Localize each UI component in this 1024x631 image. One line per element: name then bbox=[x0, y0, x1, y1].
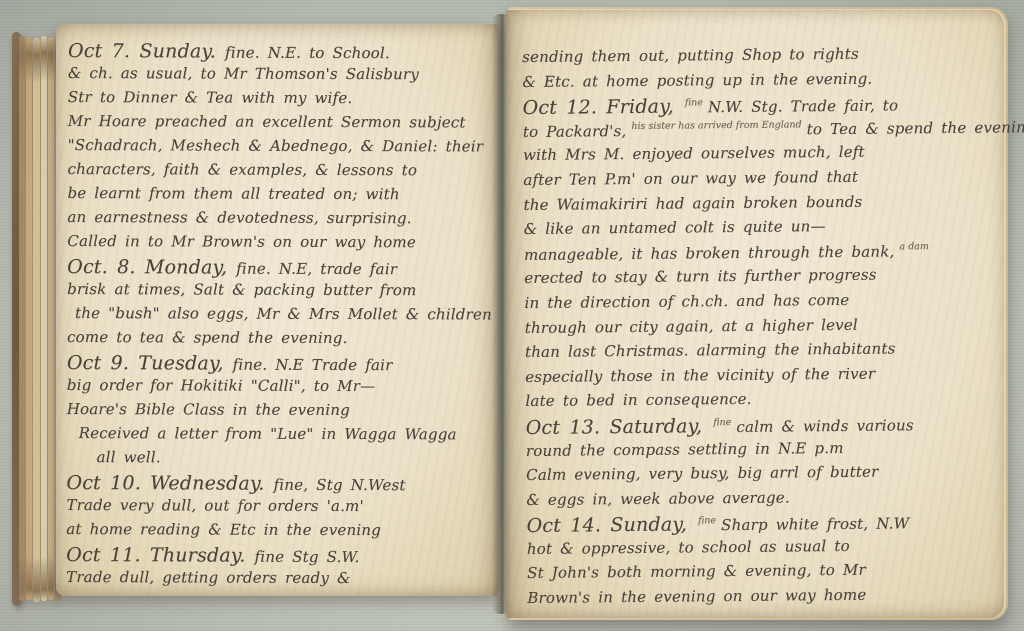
interlinear-insertion: fine bbox=[698, 515, 716, 526]
line-text: the "bush" also eggs, Mr & Mrs Mollet & … bbox=[75, 304, 492, 323]
diary-line: Received a letter from "Lue" in Wagga Wa… bbox=[67, 424, 495, 449]
line-text: Trade dull, getting orders ready & bbox=[66, 568, 350, 587]
left-page-text: Oct 7. Sunday.fine. N.E. to School.& ch.… bbox=[66, 40, 496, 593]
entry-date: Oct 9. Tuesday, bbox=[67, 352, 224, 375]
diary-line: brisk at times, Salt & packing butter fr… bbox=[67, 280, 495, 305]
line-text: to Tea & spend the evening bbox=[807, 118, 1024, 138]
page-edge-stack bbox=[19, 36, 61, 602]
interlinear-insertion: his sister has arrived from England bbox=[631, 119, 801, 132]
line-text: fine. N.E, trade fair bbox=[236, 260, 397, 279]
diary-line: Oct. 8. Monday,fine. N.E, trade fair bbox=[67, 256, 495, 281]
line-text: calm & winds various bbox=[736, 416, 914, 436]
line-text: sending them out, putting Shop to rights bbox=[522, 45, 859, 66]
diary-line: the "bush" also eggs, Mr & Mrs Mollet & … bbox=[67, 304, 495, 329]
line-text: in the direction of ch.ch. and has come bbox=[524, 291, 849, 312]
line-text: to Packard's, bbox=[523, 122, 627, 141]
line-text: especially those in the vicinity of the … bbox=[525, 364, 875, 385]
diary-line: & ch. as usual, to Mr Thomson's Salisbur… bbox=[68, 64, 496, 89]
diary-line: big order for Hokitiki "Calli", to Mr— bbox=[67, 376, 495, 401]
diary-line: Oct 10. Wednesday.fine, Stg N.West bbox=[66, 472, 494, 497]
page-edge-strip bbox=[48, 37, 54, 600]
diary-line: all well. bbox=[66, 448, 494, 473]
right-page: sending them out, putting Shop to rights… bbox=[506, 10, 1004, 618]
line-text: an earnestness & devotedness, surprising… bbox=[67, 208, 411, 227]
page-edge-strip bbox=[19, 36, 25, 601]
line-text: Called in to Mr Brown's on our way home bbox=[67, 232, 416, 251]
line-text: than last Christmas. alarming the inhabi… bbox=[525, 340, 896, 362]
line-text: Received a letter from "Lue" in Wagga Wa… bbox=[79, 424, 457, 443]
diary-line: Trade dull, getting orders ready & bbox=[66, 568, 494, 593]
line-text: erected to stay & turn its further progr… bbox=[524, 266, 877, 287]
interlinear-insertion: a dam bbox=[899, 241, 929, 252]
line-text: round the compass settling in N.E p.m bbox=[526, 438, 844, 459]
line-text: "Schadrach, Meshech & Abednego, & Daniel… bbox=[68, 136, 484, 155]
diary-line: Hoare's Bible Class in the evening bbox=[67, 400, 495, 425]
line-text: all well. bbox=[97, 448, 161, 466]
entry-date: Oct 12. Friday, bbox=[522, 96, 673, 119]
line-text: Brown's in the evening on our way home bbox=[527, 586, 866, 607]
line-text: fine Stg S.W. bbox=[254, 548, 359, 566]
page-edge-strip bbox=[26, 37, 32, 600]
line-text: Hoare's Bible Class in the evening bbox=[67, 400, 350, 419]
line-text: Str to Dinner & Tea with my wife. bbox=[68, 88, 353, 107]
line-text: the Waimakiriri had again broken bounds bbox=[523, 192, 862, 213]
right-page-text: sending them out, putting Shop to rights… bbox=[522, 43, 1007, 613]
line-text: fine, Stg N.West bbox=[274, 476, 406, 494]
left-page: Oct 7. Sunday.fine. N.E. to School.& ch.… bbox=[56, 24, 498, 596]
entry-date: Oct 11. Thursday. bbox=[66, 544, 245, 567]
interlinear-insertion: fine bbox=[685, 97, 703, 108]
entry-date: Oct. 8. Monday, bbox=[67, 256, 227, 279]
diary-line: Oct 11. Thursday.fine Stg S.W. bbox=[66, 544, 494, 569]
line-text: & eggs in, week above average. bbox=[526, 488, 790, 509]
line-text: N.W. Stg. Trade fair, to bbox=[708, 97, 898, 117]
interlinear-insertion: fine bbox=[713, 417, 731, 428]
diary-line: be learnt from them all treated on; with bbox=[67, 184, 495, 209]
line-text: hot & oppressive, to school as usual to bbox=[527, 537, 850, 558]
line-text: fine. N.E. to School. bbox=[225, 44, 390, 63]
line-text: characters, faith & examples, & lessons … bbox=[68, 160, 418, 179]
page-edge-strip bbox=[33, 38, 39, 602]
diary-line: at home reading & Etc in the evening bbox=[66, 520, 494, 545]
line-text: & ch. as usual, to Mr Thomson's Salisbur… bbox=[68, 64, 419, 83]
line-text: manageable, it has broken through the ba… bbox=[524, 242, 895, 264]
line-text: Mr Hoare preached an excellent Sermon su… bbox=[68, 112, 466, 131]
diary-photograph: { "colors": { "fabric_background": "#b7b… bbox=[0, 0, 1024, 631]
line-text: & Etc. at home posting up in the evening… bbox=[522, 69, 872, 90]
diary-line: an earnestness & devotedness, surprising… bbox=[67, 208, 495, 233]
diary-line: come to tea & spend the evening. bbox=[67, 328, 495, 353]
page-edge-strip bbox=[41, 36, 47, 601]
diary-line: Mr Hoare preached an excellent Sermon su… bbox=[68, 112, 496, 137]
line-text: Calm evening, very busy, big arrl of but… bbox=[526, 463, 879, 484]
line-text: Trade very dull, out for orders 'a.m' bbox=[66, 496, 363, 515]
line-text: come to tea & spend the evening. bbox=[67, 328, 348, 347]
entry-date: Oct 7. Sunday. bbox=[68, 40, 216, 63]
line-text: brisk at times, Salt & packing butter fr… bbox=[67, 280, 416, 299]
line-text: be learnt from them all treated on; with bbox=[67, 184, 399, 203]
diary-line: characters, faith & examples, & lessons … bbox=[67, 160, 495, 185]
diary-line: Called in to Mr Brown's on our way home bbox=[67, 232, 495, 257]
diary-line: "Schadrach, Meshech & Abednego, & Daniel… bbox=[68, 136, 496, 161]
diary-line: Str to Dinner & Tea with my wife. bbox=[68, 88, 496, 113]
line-text: fine. N.E Trade fair bbox=[233, 356, 393, 375]
diary-line: Brown's in the evening on our way home bbox=[527, 584, 1007, 613]
line-text: through our city again, at a higher leve… bbox=[525, 315, 858, 336]
line-text: Sharp white frost, N.W bbox=[721, 515, 909, 535]
line-text: at home reading & Etc in the evening bbox=[66, 520, 381, 539]
line-text: & like an untamed colt is quite un— bbox=[524, 217, 826, 238]
entry-date: Oct 13. Saturday, bbox=[526, 415, 703, 439]
diary-line: Oct 9. Tuesday,fine. N.E Trade fair bbox=[67, 352, 495, 377]
entry-date: Oct 10. Wednesday. bbox=[66, 472, 264, 495]
entry-date: Oct 14. Sunday, bbox=[526, 514, 687, 538]
line-text: after Ten P.m' on our way we found that bbox=[523, 168, 858, 189]
line-text: St John's both morning & evening, to Mr bbox=[527, 561, 866, 582]
line-text: late to bed in consequence. bbox=[525, 390, 751, 410]
diary-line: Oct 7. Sunday.fine. N.E. to School. bbox=[68, 40, 496, 65]
line-text: big order for Hokitiki "Calli", to Mr— bbox=[67, 376, 376, 395]
diary-line: Trade very dull, out for orders 'a.m' bbox=[66, 496, 494, 521]
line-text: with Mrs M. enjoyed ourselves much, left bbox=[523, 143, 865, 164]
